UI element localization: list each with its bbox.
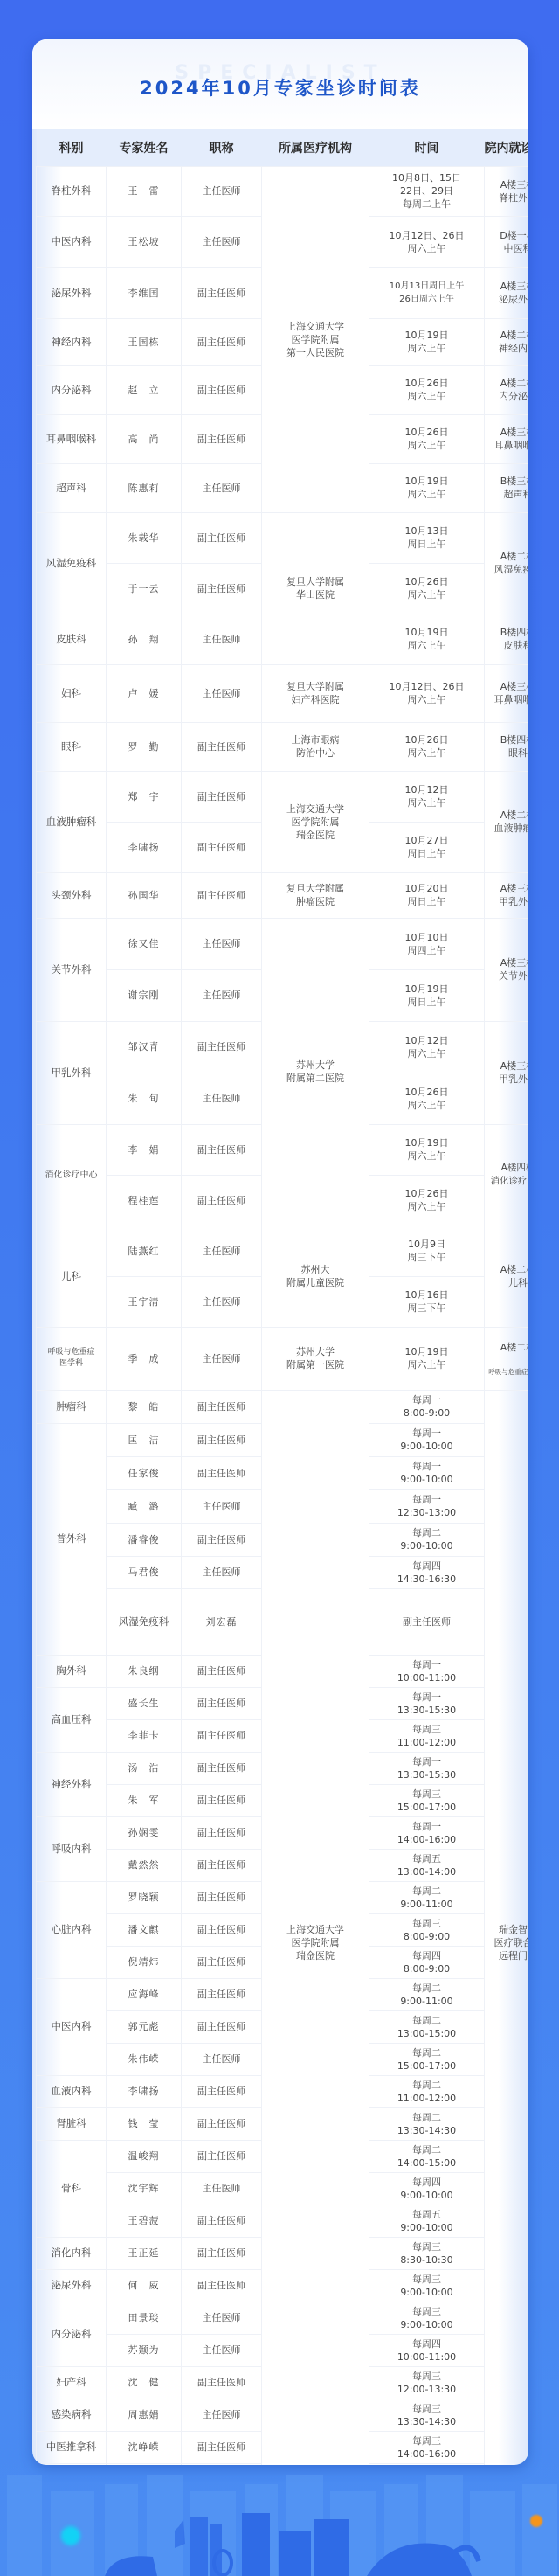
dept-cell: 中医内科 — [37, 216, 107, 267]
org-cell: 苏州大学 附属第一医院 — [262, 1327, 369, 1390]
dept-cell: 眼科 — [37, 722, 107, 771]
doctor-name: 苏颋为 — [107, 2334, 182, 2366]
location-cell: A楼四楼 消化诊疗中心 — [485, 1124, 529, 1226]
time-cell: 10月9日 周三下午 — [369, 1226, 485, 1276]
table-row: 头颈外科 孙国华 副主任医师 复旦大学附属 肿瘤医院 10月20日 周日上午 A… — [37, 872, 529, 918]
time-cell: 10月16日 周三下午 — [369, 1276, 485, 1327]
dept-cell: 肾脏科 — [37, 2107, 107, 2140]
location-dept-small: 呼吸与危重症医学科 — [487, 1367, 528, 1377]
location-cell: B楼四楼 皮肤科 — [485, 614, 529, 664]
time-cell: 每周一 10:00-11:00 — [369, 1655, 485, 1687]
time-cell: 每周二 11:00-12:00 — [369, 2075, 485, 2107]
table-row: 肿瘤科 黎 皓 副主任医师 上海交通大学 医学院附属 瑞金医院 每周一 8:00… — [37, 1390, 529, 1423]
time-cell: 每周二 13:00-15:00 — [369, 2010, 485, 2043]
org-cell: 复旦大学附属 妇产科医院 — [262, 664, 369, 722]
time-cell: 10月12日 周六上午 — [369, 771, 485, 822]
org-cell: 复旦大学附属 华山医院 — [262, 512, 369, 664]
location-cell: A楼三楼 耳鼻咽喉科 — [485, 414, 529, 463]
dept-cell: 呼吸内科 — [37, 1816, 107, 1881]
doctor-name: 于一云 — [107, 563, 182, 614]
time-cell: 每周四 14:30-16:30 — [369, 1556, 485, 1588]
doctor-title: 主任医师 — [182, 1276, 262, 1327]
doctor-name: 汤 浩 — [107, 1752, 182, 1784]
dept-cell: 肿瘤科 — [37, 1390, 107, 1423]
doctor-title: 主任医师 — [182, 2302, 262, 2334]
doctor-name: 温峻翔 — [107, 2140, 182, 2172]
doctor-title: 副主任医师 — [182, 2205, 262, 2237]
time-cell: 10月19日 周日上午 — [369, 969, 485, 1021]
doctor-title: 副主任医师 — [182, 822, 262, 872]
doctor-name: 马君俊 — [107, 1556, 182, 1588]
location-cell: A楼三楼 甲乳外科 — [485, 1021, 529, 1124]
page-title: 2024年10月专家坐诊时间表 — [32, 74, 528, 101]
time-cell: 10月26日 周六上午 — [369, 1073, 485, 1124]
doctor-title: 副主任医师 — [182, 1423, 262, 1456]
title-area: SPECIALIST 2024年10月专家坐诊时间表 — [32, 39, 528, 129]
doctor-name: 孙 翔 — [107, 614, 182, 664]
time-cell: 每周二 9:00-11:00 — [369, 1881, 485, 1913]
doctor-title: 副主任医师 — [182, 1881, 262, 1913]
doctor-title: 副主任医师 — [369, 1588, 485, 1655]
section1-body: 脊柱外科 王 雷 主任医师 上海交通大学 医学院附属 第一人民医院 10月8日、… — [37, 166, 529, 1390]
time-cell: 10月26日 周六上午 — [369, 1175, 485, 1226]
time-cell: 每周二 15:00-17:00 — [369, 2043, 485, 2075]
org-cell: 上海交通大学 医学院附属 瑞金医院 — [262, 771, 369, 872]
doctor-title: 副主任医师 — [182, 2237, 262, 2269]
table-row: 眼科 罗 勤 副主任医师 上海市眼病 防治中心 10月26日 周六上午 B楼四楼… — [37, 722, 529, 771]
doctor-title: 副主任医师 — [182, 512, 262, 563]
doctor-name: 罗晓颖 — [107, 1881, 182, 1913]
time-cell: 10月13日 周日上午 — [369, 512, 485, 563]
time-cell: 每周二 9:00-10:00 — [369, 1523, 485, 1556]
doctor-title: 副主任医师 — [182, 1175, 262, 1226]
dept-cell: 高血压科 — [37, 1687, 107, 1752]
time-cell: 10月8日、15日 22日、29日 每周二上午 — [369, 166, 485, 216]
time-cell: 每周二 14:00-15:00 — [369, 2140, 485, 2172]
doctor-title: 主任医师 — [182, 918, 262, 969]
doctor-name: 臧 潞 — [107, 1489, 182, 1523]
doctor-name: 黎 皓 — [107, 1390, 182, 1423]
dept-cell: 骨科 — [37, 2140, 107, 2237]
table-row: 呼吸与危重症 医学科 季 成 主任医师 苏州大学 附属第一医院 10月19日 周… — [37, 1327, 529, 1390]
doctor-name: 王 雷 — [107, 166, 182, 216]
doctor-name: 朱伟嵘 — [107, 2043, 182, 2075]
decorative-glow-dot — [530, 2515, 542, 2527]
org-cell: 上海市眼病 防治中心 — [262, 722, 369, 771]
location-cell: A楼二楼 血液肿瘤科 — [485, 771, 529, 872]
time-cell: 每周三 14:00-16:00 — [369, 2431, 485, 2463]
doctor-title: 副主任医师 — [182, 267, 262, 318]
location-cell: A楼二楼 风湿免疫科 — [485, 512, 529, 614]
dept-cell: 泌尿外科 — [37, 267, 107, 318]
table-header-row: 科别 专家姓名 职称 所属医疗机构 时间 院内就诊地点 — [37, 129, 529, 166]
dept-cell: 妇产科 — [37, 2366, 107, 2399]
doctor-title: 副主任医师 — [182, 318, 262, 365]
dept-cell: 耳鼻咽喉科 — [37, 414, 107, 463]
time-cell: 每周三 8:30-10:30 — [369, 2237, 485, 2269]
doctor-name: 盛长生 — [107, 1687, 182, 1719]
dept-cell: 血液肿瘤科 — [37, 771, 107, 872]
doctor-title: 副主任医师 — [182, 1124, 262, 1175]
time-cell: 每周四 8:00-9:00 — [369, 1946, 485, 1978]
col-header-time: 时间 — [369, 129, 485, 166]
doctor-title: 主任医师 — [182, 1556, 262, 1588]
table-row: 血液肿瘤科 郑 宇 副主任医师 上海交通大学 医学院附属 瑞金医院 10月12日… — [37, 771, 529, 822]
time-cell: 每周三 11:00-12:00 — [369, 1719, 485, 1752]
doctor-title: 副主任医师 — [182, 2431, 262, 2463]
time-cell: 10月26日 周六上午 — [369, 414, 485, 463]
doctor-name: 潘文麒 — [107, 1913, 182, 1946]
doctor-title: 主任医师 — [182, 463, 262, 512]
col-header-dept: 科别 — [37, 129, 107, 166]
time-cell: 每周一 14:00-16:00 — [369, 1816, 485, 1849]
location-cell: A楼三楼 泌尿外科 — [485, 267, 529, 318]
doctor-title: 副主任医师 — [182, 1021, 262, 1073]
location-cell: A楼三楼 脊柱外科 — [485, 166, 529, 216]
table-row: 脊柱外科 王 雷 主任医师 上海交通大学 医学院附属 第一人民医院 10月8日、… — [37, 166, 529, 216]
doctor-name: 郭元彪 — [107, 2010, 182, 2043]
time-cell: 每周二 13:30-14:30 — [369, 2107, 485, 2140]
location-cell: A楼三楼 关节外科 — [485, 918, 529, 1021]
doctor-name: 陈惠莉 — [107, 463, 182, 512]
dept-cell: 中医内科 — [37, 1978, 107, 2075]
doctor-title: 副主任医师 — [182, 771, 262, 822]
doctor-title: 副主任医师 — [182, 563, 262, 614]
doctor-name: 田景琰 — [107, 2302, 182, 2334]
doctor-name: 李维国 — [107, 267, 182, 318]
doctor-name: 季 成 — [107, 1327, 182, 1390]
doctor-title: 副主任医师 — [182, 2107, 262, 2140]
doctor-name: 刘宏磊 — [182, 1588, 262, 1655]
doctor-title: 主任医师 — [182, 1073, 262, 1124]
table-row: 儿科 陆燕红 主任医师 苏州大 附属儿童医院 10月9日 周三下午 A楼二楼 儿… — [37, 1226, 529, 1276]
doctor-name: 潘睿俊 — [107, 1523, 182, 1556]
doctor-title: 主任医师 — [182, 1327, 262, 1390]
location-cell: B楼四楼 眼科 — [485, 722, 529, 771]
doctor-name: 徐又佳 — [107, 918, 182, 969]
doctor-name: 沈宇辉 — [107, 2172, 182, 2205]
dept-cell: 血液内科 — [37, 2075, 107, 2107]
doctor-name: 钱 莹 — [107, 2107, 182, 2140]
doctor-title: 副主任医师 — [182, 414, 262, 463]
time-cell: 每周一 9:00-10:00 — [369, 1456, 485, 1489]
doctor-title: 副主任医师 — [182, 2075, 262, 2107]
schedule-table: 科别 专家姓名 职称 所属医疗机构 时间 院内就诊地点 脊柱外科 王 雷 主任医… — [36, 129, 528, 2465]
doctor-name: 陆燕红 — [107, 1226, 182, 1276]
doctor-title: 副主任医师 — [182, 1655, 262, 1687]
doctor-name: 程桂莲 — [107, 1175, 182, 1226]
time-cell: 每周三 9:00-10:00 — [369, 2302, 485, 2334]
city-skyline-illustration — [0, 2465, 559, 2576]
doctor-title: 副主任医师 — [182, 1849, 262, 1881]
location-floor: A楼二楼 — [487, 1341, 528, 1354]
dept-cell: 泌尿外科 — [37, 2269, 107, 2302]
schedule-card: SPECIALIST 2024年10月专家坐诊时间表 科别 专家姓名 职称 所属… — [32, 39, 528, 2465]
table-row: 关节外科 徐又佳 主任医师 苏州大学 附属第二医院 10月10日 周四上午 A楼… — [37, 918, 529, 969]
location-cell: A楼二楼 神经内科 — [485, 318, 529, 365]
doctor-title: 主任医师 — [182, 216, 262, 267]
doctor-title: 副主任医师 — [182, 2366, 262, 2399]
time-cell: 10月26日 周六上午 — [369, 563, 485, 614]
doctor-title: 副主任医师 — [182, 1719, 262, 1752]
dept-cell: 内分泌科 — [37, 365, 107, 414]
dept-cell: 风湿免疫科 — [107, 1588, 182, 1655]
doctor-title: 副主任医师 — [182, 1390, 262, 1423]
time-cell: 10月12日、26日 周六上午 — [369, 216, 485, 267]
doctor-name: 郑 宇 — [107, 771, 182, 822]
section2-body: 肿瘤科 黎 皓 副主任医师 上海交通大学 医学院附属 瑞金医院 每周一 8:00… — [37, 1390, 529, 2465]
time-cell: 10月13日周日上午 26日周六上午 — [369, 267, 485, 318]
location-cell: A楼二楼 呼吸与危重症医学科 — [485, 1327, 529, 1390]
time-cell: 每周三 8:00-9:00 — [369, 1913, 485, 1946]
time-cell: 10月19日 周六上午 — [369, 1124, 485, 1175]
dept-cell: 神经内科 — [37, 318, 107, 365]
time-cell: 每周四 10:00-11:00 — [369, 2334, 485, 2366]
time-cell: 每周四 9:00-10:00 — [369, 2172, 485, 2205]
doctor-name: 高 尚 — [107, 414, 182, 463]
org-cell: 苏州大 附属儿童医院 — [262, 1226, 369, 1327]
doctor-title: 副主任医师 — [182, 1687, 262, 1719]
doctor-title: 主任医师 — [182, 1489, 262, 1523]
dept-cell: 皮肤科 — [37, 614, 107, 664]
location-cell: A楼三楼 甲乳外科 — [485, 872, 529, 918]
location-cell: A楼二楼 内分泌科 — [485, 365, 529, 414]
dept-cell: 心脏内科 — [37, 1881, 107, 1978]
doctor-title: 副主任医师 — [182, 2010, 262, 2043]
time-cell: 每周五 9:00-10:00 — [369, 2205, 485, 2237]
dept-cell: 神经外科 — [37, 1752, 107, 1816]
doctor-name: 朱 军 — [107, 1784, 182, 1816]
doctor-name: 周惠娟 — [107, 2399, 182, 2431]
doctor-title: 主任医师 — [182, 614, 262, 664]
doctor-name: 何 威 — [107, 2269, 182, 2302]
doctor-title: 副主任医师 — [182, 872, 262, 918]
doctor-name: 李菲卡 — [107, 1719, 182, 1752]
table-row: 风湿免疫科 朱载华 副主任医师 复旦大学附属 华山医院 10月13日 周日上午 … — [37, 512, 529, 563]
time-cell: 10月19日 周六上午 — [369, 1327, 485, 1390]
doctor-name: 邹汉青 — [107, 1021, 182, 1073]
time-cell: 10月26日 周六上午 — [369, 722, 485, 771]
dept-cell: 消化内科 — [37, 2237, 107, 2269]
time-cell: 每周二 9:00-11:00 — [369, 1978, 485, 2010]
time-cell: 10月19日 周六上午 — [369, 318, 485, 365]
time-cell: 10月27日 周日上午 — [369, 822, 485, 872]
dept-cell: 甲乳外科 — [37, 1021, 107, 1124]
location-cell: A楼三楼 耳鼻咽喉科 — [485, 664, 529, 722]
time-cell: 每周三 9:00-10:00 — [369, 2269, 485, 2302]
doctor-title: 主任医师 — [182, 166, 262, 216]
doctor-title: 副主任医师 — [182, 1752, 262, 1784]
doctor-name: 朱良纲 — [107, 1655, 182, 1687]
doctor-title: 副主任医师 — [182, 1784, 262, 1816]
doctor-title: 副主任医师 — [182, 365, 262, 414]
doctor-title: 副主任医师 — [182, 1946, 262, 1978]
doctor-name: 沈 健 — [107, 2366, 182, 2399]
doctor-name: 李啸扬 — [107, 2075, 182, 2107]
doctor-name: 李啸扬 — [107, 822, 182, 872]
dept-cell: 关节外科 — [37, 918, 107, 1021]
doctor-name: 朱载华 — [107, 512, 182, 563]
doctor-title: 副主任医师 — [182, 1913, 262, 1946]
dept-cell: 中医推拿科 — [37, 2431, 107, 2463]
doctor-name: 孙娴雯 — [107, 1816, 182, 1849]
col-header-org: 所属医疗机构 — [262, 129, 369, 166]
dept-cell: 消化诊疗中心 — [37, 1124, 107, 1226]
dept-cell: 风湿免疫科 — [37, 512, 107, 614]
time-cell: 每周五 13:00-14:00 — [369, 1849, 485, 1881]
doctor-title: 副主任医师 — [182, 1523, 262, 1556]
doctor-name: 王正延 — [107, 2237, 182, 2269]
doctor-name: 沈峥嵘 — [107, 2431, 182, 2463]
col-header-location: 院内就诊地点 — [485, 129, 529, 166]
time-cell: 10月20日 周日上午 — [369, 872, 485, 918]
doctor-name: 孙国华 — [107, 872, 182, 918]
doctor-title: 主任医师 — [182, 2334, 262, 2366]
dept-cell: 超声科 — [37, 463, 107, 512]
doctor-title: 副主任医师 — [182, 2140, 262, 2172]
doctor-name: 匡 洁 — [107, 1423, 182, 1456]
dept-cell: 普外科 — [37, 1423, 107, 1655]
time-cell: 10月26日 周六上午 — [369, 365, 485, 414]
doctor-name: 倪靖炜 — [107, 1946, 182, 1978]
doctor-title: 主任医师 — [182, 664, 262, 722]
org-cell: 复旦大学附属 肿瘤医院 — [262, 872, 369, 918]
doctor-name: 任家俊 — [107, 1456, 182, 1489]
doctor-title: 副主任医师 — [182, 722, 262, 771]
doctor-title: 主任医师 — [182, 2043, 262, 2075]
table-row: 妇科 卢 媛 主任医师 复旦大学附属 妇产科医院 10月12日、26日 周六上午… — [37, 664, 529, 722]
location-cell: A楼二楼 儿科 — [485, 1226, 529, 1327]
time-cell: 每周一 9:00-10:00 — [369, 1423, 485, 1456]
doctor-name: 戴然然 — [107, 1849, 182, 1881]
doctor-name: 王国栋 — [107, 318, 182, 365]
time-cell: 每周一 13:30-15:30 — [369, 1752, 485, 1784]
doctor-name: 王碧菠 — [107, 2205, 182, 2237]
doctor-name: 赵 立 — [107, 365, 182, 414]
doctor-name: 李 娟 — [107, 1124, 182, 1175]
org-cell: 苏州大学 附属第二医院 — [262, 918, 369, 1226]
time-cell: 每周一 8:00-9:00 — [369, 1390, 485, 1423]
dept-cell: 呼吸与危重症 医学科 — [37, 1327, 107, 1390]
doctor-title: 主任医师 — [182, 1226, 262, 1276]
org-cell: 上海交通大学 医学院附属 瑞金医院 — [262, 1390, 369, 2465]
doctor-title: 主任医师 — [182, 969, 262, 1021]
time-cell: 10月12日、26日 周六上午 — [369, 664, 485, 722]
doctor-name: 罗 勤 — [107, 722, 182, 771]
doctor-title: 主任医师 — [182, 2172, 262, 2205]
doctor-name: 谢宗刚 — [107, 969, 182, 1021]
doctor-title: 主任医师 — [182, 2399, 262, 2431]
org-cell: 上海交通大学 医学院附属 第一人民医院 — [262, 166, 369, 512]
time-cell: 每周一 13:30-15:30 — [369, 1687, 485, 1719]
time-cell: 10月19日 周六上午 — [369, 614, 485, 664]
dept-cell: 儿科 — [37, 1226, 107, 1327]
time-cell: 每周一 12:30-13:00 — [369, 1489, 485, 1523]
time-cell: 10月12日 周六上午 — [369, 1021, 485, 1073]
decorative-glow-dot — [61, 2526, 80, 2545]
doctor-name: 应海峰 — [107, 1978, 182, 2010]
location-cell: 瑞金智慧 医疗联合体 远程门诊 — [485, 1390, 529, 2465]
col-header-title: 职称 — [182, 129, 262, 166]
dept-cell: 胸外科 — [37, 1655, 107, 1687]
doctor-name: 王松坡 — [107, 216, 182, 267]
doctor-title: 副主任医师 — [182, 1816, 262, 1849]
doctor-name: 朱 旬 — [107, 1073, 182, 1124]
dept-cell: 内分泌科 — [37, 2302, 107, 2366]
doctor-title: 副主任医师 — [182, 1978, 262, 2010]
time-cell: 每周三 13:30-14:30 — [369, 2399, 485, 2431]
time-cell: 每周三 15:00-17:00 — [369, 1784, 485, 1816]
dept-cell: 感染病科 — [37, 2399, 107, 2431]
doctor-title: 副主任医师 — [182, 1456, 262, 1489]
dept-cell: 头颈外科 — [37, 872, 107, 918]
dept-cell: 脊柱外科 — [37, 166, 107, 216]
location-cell: D楼一楼 中医科 — [485, 216, 529, 267]
dept-cell: 妇科 — [37, 664, 107, 722]
doctor-title: 副主任医师 — [182, 2269, 262, 2302]
location-cell: B楼三楼 超声科 — [485, 463, 529, 512]
time-cell: 10月19日 周六上午 — [369, 463, 485, 512]
doctor-name: 王宇清 — [107, 1276, 182, 1327]
doctor-name: 卢 媛 — [107, 664, 182, 722]
time-cell: 每周三 12:00-13:30 — [369, 2366, 485, 2399]
col-header-name: 专家姓名 — [107, 129, 182, 166]
time-cell: 10月10日 周四上午 — [369, 918, 485, 969]
